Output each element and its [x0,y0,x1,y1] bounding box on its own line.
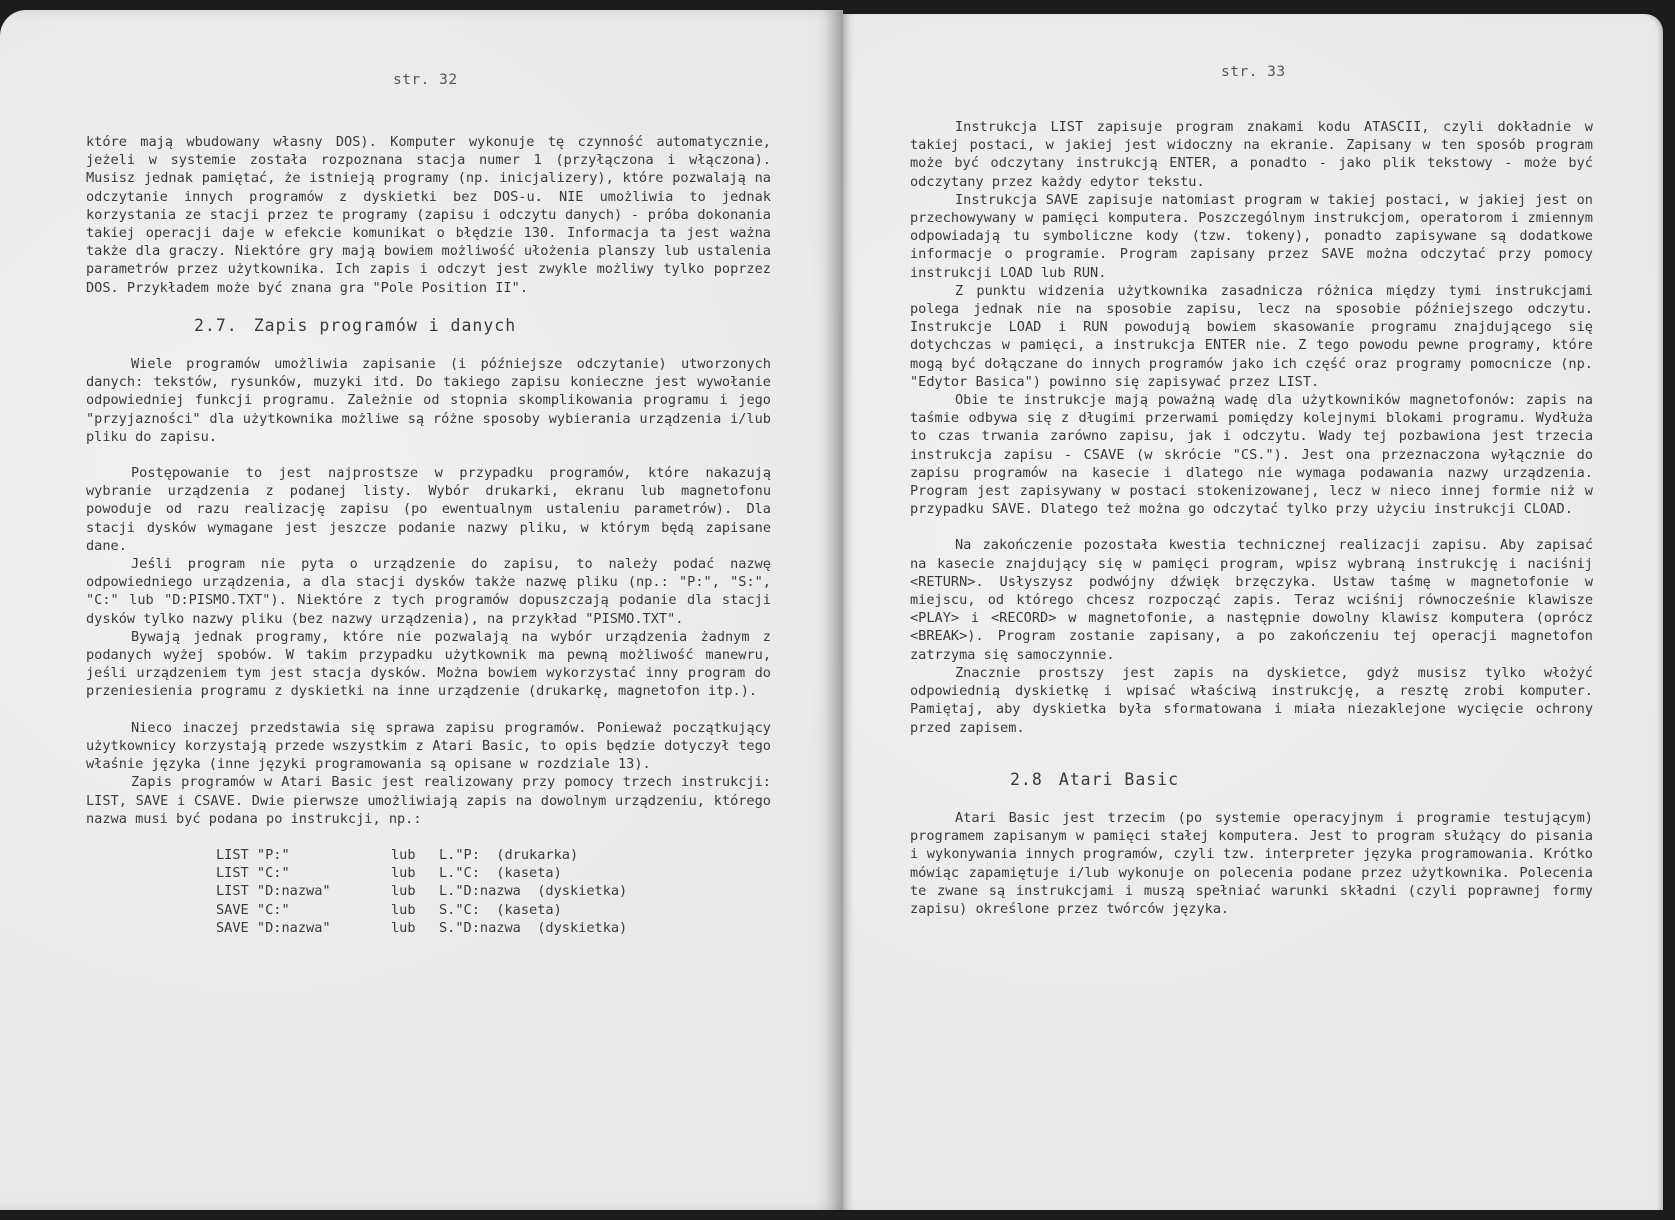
code-or: lub [391,864,439,882]
paragraph: Atari Basic jest trzecim (po systemie op… [910,809,1593,918]
code-short: L."P: (drukarka) [439,846,627,864]
paragraph: Bywają jednak programy, które nie pozwal… [86,628,771,701]
section-heading: 2.7.Zapis programów i danych [86,317,771,335]
code-short: S."D:nazwa (dyskietka) [439,919,627,937]
code-or: lub [391,919,439,937]
right-page-text: Instrukcja LIST zapisuje program znakami… [910,118,1593,918]
paragraph: Nieco inaczej przedstawia się sprawa zap… [86,719,771,774]
paragraph: Jeśli program nie pyta o urządzenie do z… [86,555,771,628]
code-command: SAVE "D:nazwa" [216,919,391,937]
code-command: LIST "D:nazwa" [216,882,391,900]
paragraph: Wiele programów umożliwia zapisanie (i p… [86,355,771,446]
paragraph: Instrukcja SAVE zapisuje natomiast progr… [910,191,1593,282]
code-or: lub [391,846,439,864]
code-example-row: LIST "P:" lub L."P: (drukarka) [216,846,627,864]
section-number: 2.8 [1010,770,1043,789]
paragraph: Postępowanie to jest najprostsze w przyp… [86,464,771,555]
code-short: L."C: (kaseta) [439,864,627,882]
code-example-row: LIST "C:" lub L."C: (kaseta) [216,864,627,882]
section-title: Zapis programów i danych [254,316,516,335]
code-examples-table: LIST "P:" lub L."P: (drukarka) LIST "C:"… [216,846,627,937]
section-heading: 2.8Atari Basic [910,771,1593,789]
code-example-row: SAVE "D:nazwa" lub S."D:nazwa (dyskietka… [216,919,627,937]
code-short: S."C: (kaseta) [439,901,627,919]
code-or: lub [391,882,439,900]
page-number: str. 33 [1221,64,1286,80]
code-or: lub [391,901,439,919]
paragraph: Znacznie prostszy jest zapis na dyskietc… [910,664,1593,737]
paragraph: Na zakończenie pozostała kwestia technic… [910,536,1593,663]
code-example-row: SAVE "C:" lub S."C: (kaseta) [216,901,627,919]
left-page: str. 32 które mają wbudowany własny DOS)… [0,10,843,1210]
code-command: LIST "P:" [216,846,391,864]
code-example-row: LIST "D:nazwa" lub L."D:nazwa (dyskietka… [216,882,627,900]
code-command: LIST "C:" [216,864,391,882]
page-number: str. 32 [393,72,458,88]
code-short: L."D:nazwa (dyskietka) [439,882,627,900]
paragraph: Z punktu widzenia użytkownika zasadnicza… [910,282,1593,391]
left-page-text: które mają wbudowany własny DOS). Komput… [86,133,771,937]
paragraph: Obie te instrukcje mają poważną wadę dla… [910,391,1593,518]
right-page: str. 33 Instrukcja LIST zapisuje program… [843,14,1663,1210]
paragraph: Zapis programów w Atari Basic jest reali… [86,773,771,828]
paragraph: Instrukcja LIST zapisuje program znakami… [910,118,1593,191]
intro-paragraph: które mają wbudowany własny DOS). Komput… [86,133,771,297]
code-command: SAVE "C:" [216,901,391,919]
section-title: Atari Basic [1059,770,1179,789]
section-number: 2.7. [194,316,238,335]
